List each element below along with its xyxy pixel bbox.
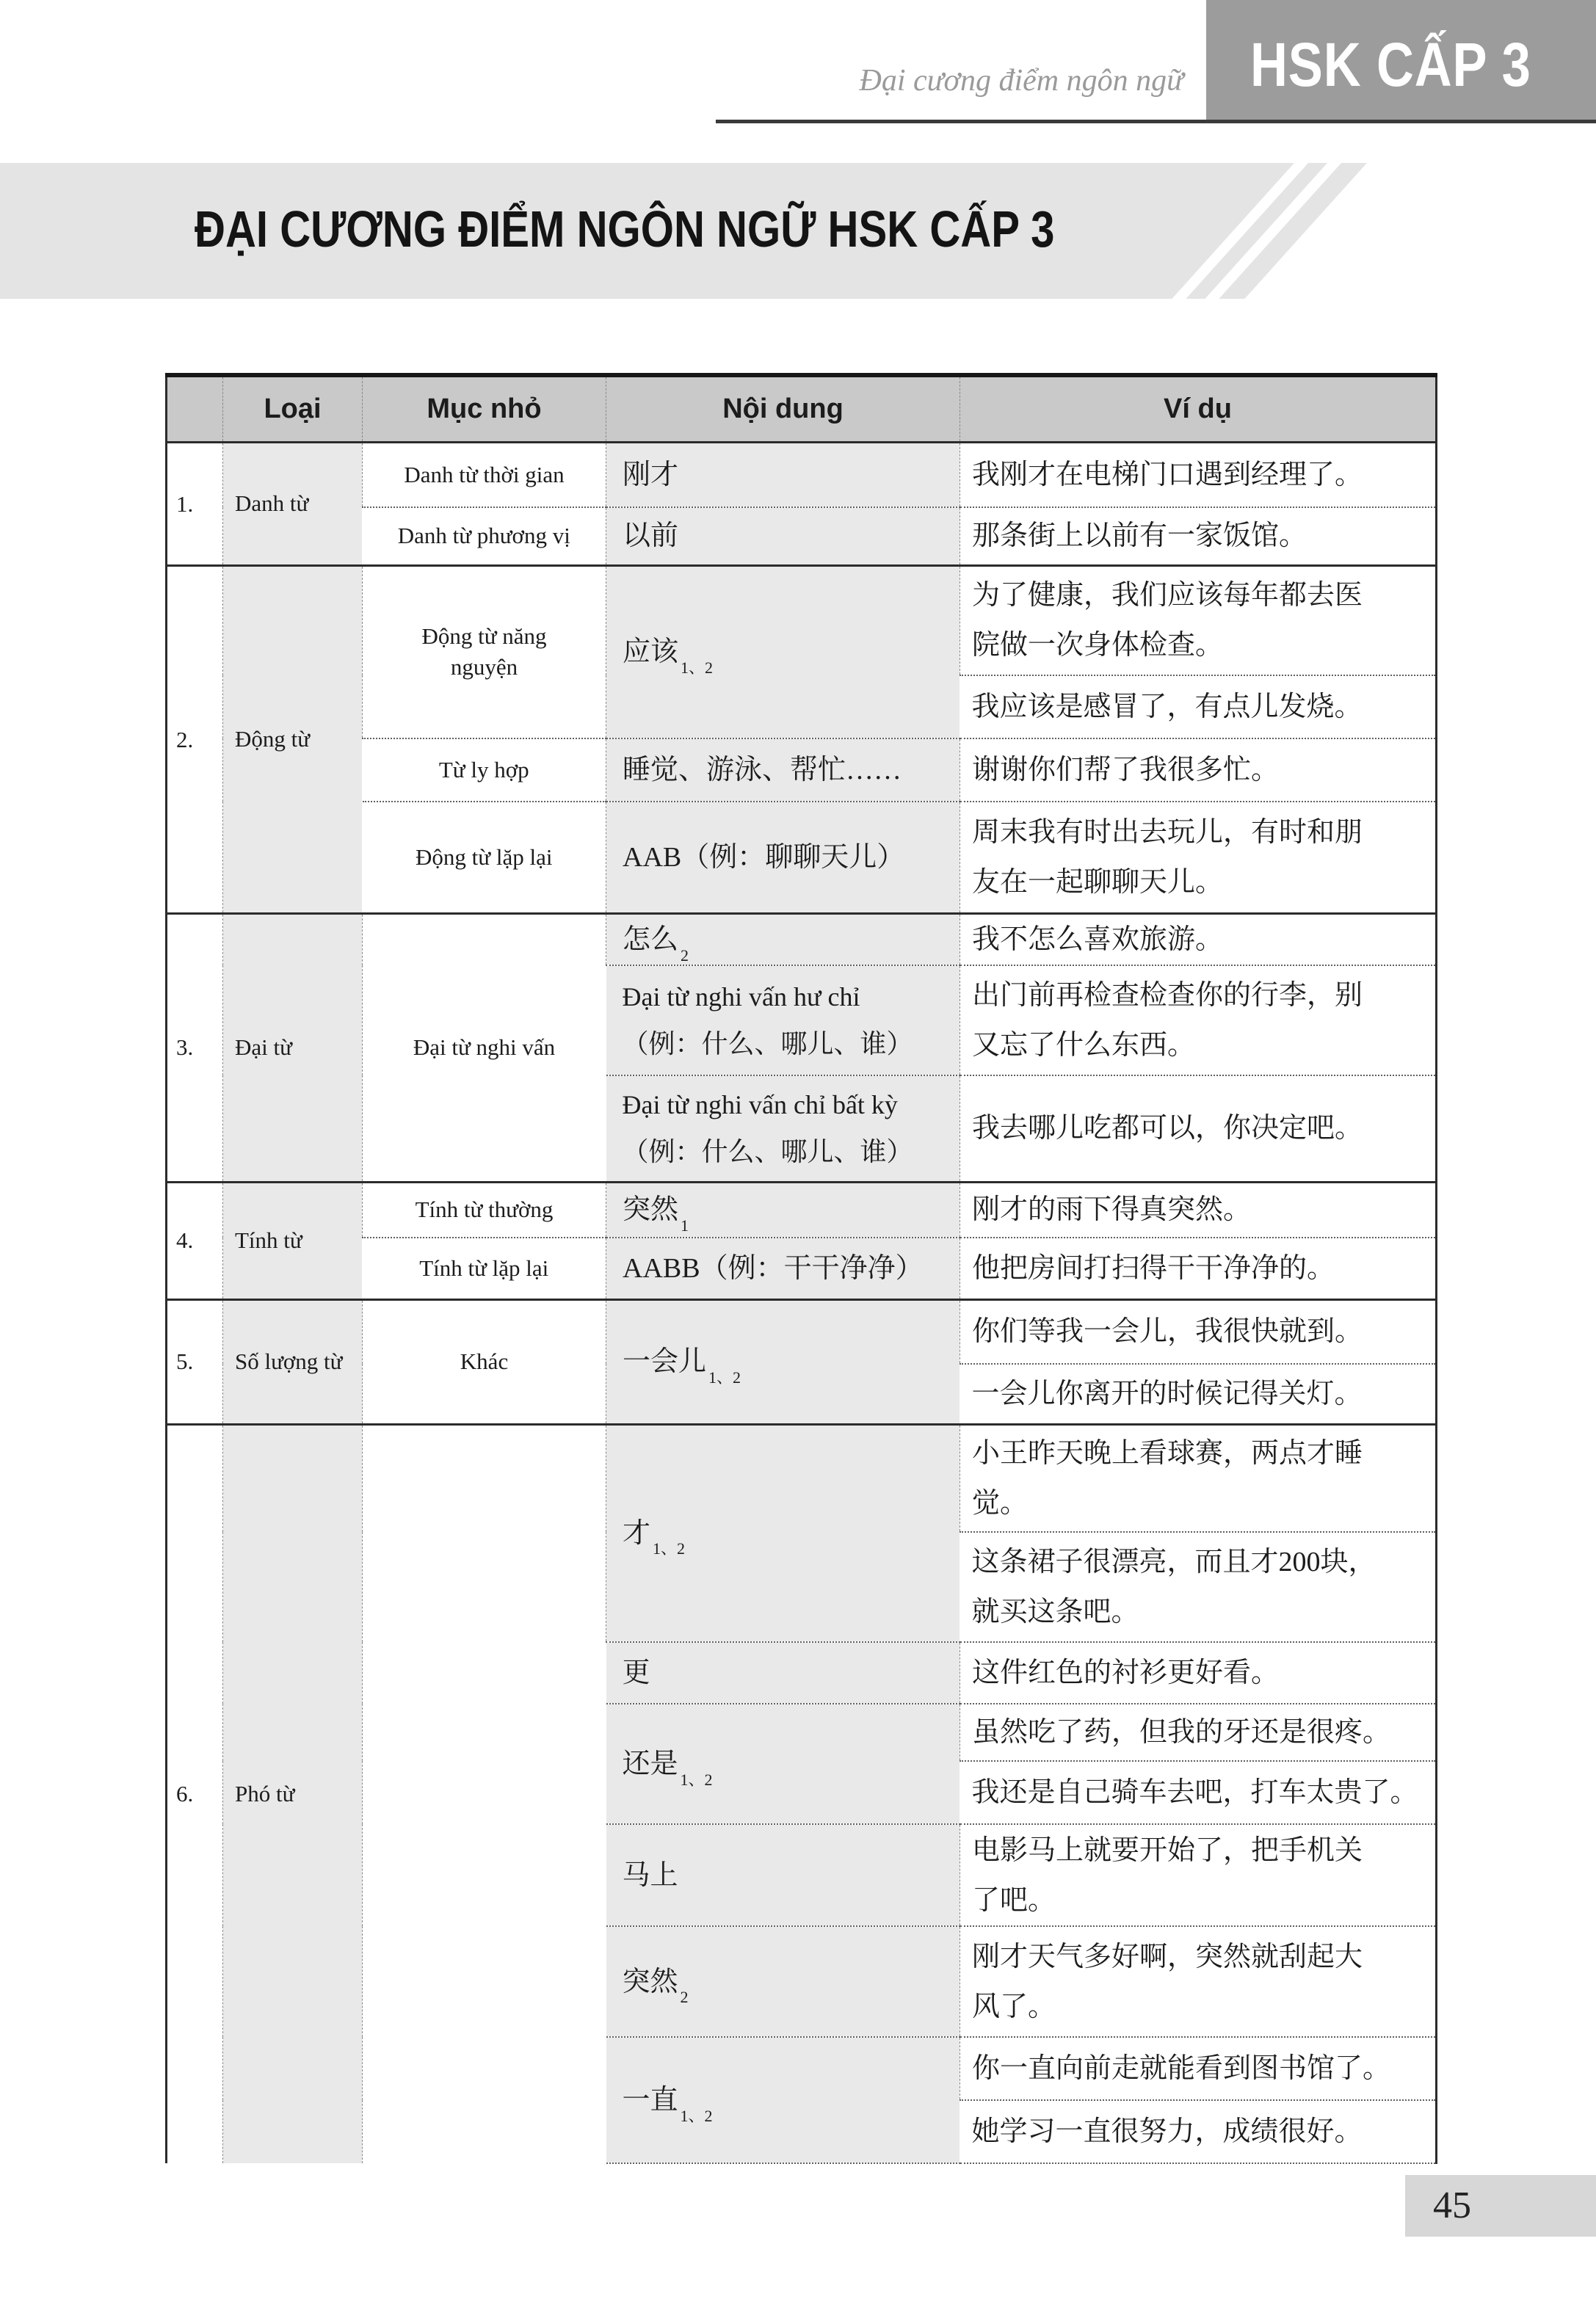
table-row: 4.Tính từTính từ thường突然1刚才的雨下得真突然。: [167, 1182, 1437, 1238]
cell-loai-r9: Tính từ: [223, 1182, 363, 1299]
cell-loai-r13: Phó từ: [223, 1424, 363, 2163]
subscript-note: 2: [681, 946, 689, 965]
cell-vd-r1: 那条街上以前有一家饭馆。: [960, 507, 1437, 566]
table-row: 1.Danh từDanh từ thời gian刚才我刚才在电梯门口遇到经理…: [167, 443, 1437, 507]
column-header-loai: Loại: [223, 375, 363, 443]
subscript-note: 1、2: [653, 1539, 685, 1558]
cell-mn-r9: Tính từ thường: [363, 1182, 606, 1238]
cell-vd-r19: 刚才天气多好啊，突然就刮起大 风了。: [960, 1926, 1437, 2037]
cell-vd-r12: 一会儿你离开的时候记得关灯。: [960, 1364, 1437, 1424]
subscript-note: 1、2: [708, 1368, 741, 1387]
subscript-note: 1、2: [681, 658, 713, 677]
level-badge-label: HSK CẤP 3: [1250, 29, 1531, 101]
cell-num-r0: 1.: [167, 443, 223, 566]
cell-vd-r2: 为了健康，我们应该每年都去医 院做一次身体检查。: [960, 566, 1437, 675]
cell-nd-r11: 一会儿1、2: [606, 1299, 960, 1424]
cell-nd-r7: Đại từ nghi vấn hư chỉ （例：什么、哪儿、谁）: [606, 965, 960, 1075]
cell-nd-r2: 应该1、2: [606, 566, 960, 738]
table-row: 3.Đại từĐại từ nghi vấn怎么2我不怎么喜欢旅游。: [167, 914, 1437, 966]
table-row: 6.Phó từ才1、2小王昨天晚上看球赛，两点才睡 觉。: [167, 1424, 1437, 1532]
cell-mn-r0: Danh từ thời gian: [363, 443, 606, 507]
cell-vd-r11: 你们等我一会儿，我很快就到。: [960, 1299, 1437, 1364]
cell-vd-r4: 谢谢你们帮了我很多忙。: [960, 738, 1437, 802]
page-title: ĐẠI CƯƠNG ĐIỂM NGÔN NGỮ HSK CẤP 3: [195, 200, 1054, 258]
column-header-num: [167, 375, 223, 443]
grammar-table-wrap: LoạiMục nhỏNội dungVí dụ 1.Danh từDanh t…: [165, 373, 1437, 2164]
page-number: 45: [1433, 2184, 1471, 2227]
cell-nd-r8: Đại từ nghi vấn chỉ bất kỳ （例：什么、哪儿、谁）: [606, 1075, 960, 1182]
cell-loai-r6: Đại từ: [223, 914, 363, 1183]
cell-nd-r15: 更: [606, 1642, 960, 1704]
cell-nd-r19: 突然2: [606, 1926, 960, 2037]
cell-mn-r13: [363, 1424, 606, 2163]
cell-vd-r7: 出门前再检查检查你的行李，别 又忘了什么东西。: [960, 965, 1437, 1075]
cell-num-r13: 6.: [167, 1424, 223, 2163]
cell-vd-r0: 我刚才在电梯门口遇到经理了。: [960, 443, 1437, 507]
cell-mn-r6: Đại từ nghi vấn: [363, 914, 606, 1183]
level-badge: HSK CẤP 3: [1206, 0, 1596, 120]
header-rule: [716, 120, 1596, 123]
grammar-table: LoạiMục nhỏNội dungVí dụ 1.Danh từDanh t…: [165, 373, 1437, 2164]
cell-mn-r4: Từ ly hợp: [363, 738, 606, 802]
cell-mn-r1: Danh từ phương vị: [363, 507, 606, 566]
column-header-vd: Ví dụ: [960, 375, 1437, 443]
subscript-note: 1: [681, 1216, 689, 1235]
cell-num-r9: 4.: [167, 1182, 223, 1299]
cell-mn-r2: Động từ năng nguyện: [363, 566, 606, 738]
cell-nd-r16: 还是1、2: [606, 1704, 960, 1824]
subscript-note: 1、2: [681, 1771, 713, 1789]
cell-vd-r3: 我应该是感冒了，有点儿发烧。: [960, 675, 1437, 738]
page-number-box: 45: [1405, 2175, 1596, 2237]
column-header-mn: Mục nhỏ: [363, 375, 606, 443]
cell-num-r2: 2.: [167, 566, 223, 914]
table-row: 2.Động từĐộng từ năng nguyện应该1、2为了健康，我们…: [167, 566, 1437, 675]
cell-nd-r1: 以前: [606, 507, 960, 566]
cell-num-r6: 3.: [167, 914, 223, 1183]
cell-vd-r15: 这件红色的衬衫更好看。: [960, 1642, 1437, 1704]
cell-vd-r8: 我去哪儿吃都可以，你决定吧。: [960, 1075, 1437, 1182]
title-banner: ĐẠI CƯƠNG ĐIỂM NGÔN NGỮ HSK CẤP 3: [0, 163, 1596, 299]
cell-loai-r11: Số lượng từ: [223, 1299, 363, 1424]
cell-vd-r9: 刚才的雨下得真突然。: [960, 1182, 1437, 1238]
cell-nd-r13: 才1、2: [606, 1424, 960, 1642]
cell-mn-r10: Tính từ lặp lại: [363, 1238, 606, 1299]
cell-vd-r6: 我不怎么喜欢旅游。: [960, 914, 1437, 966]
cell-vd-r18: 电影马上就要开始了，把手机关 了吧。: [960, 1824, 1437, 1926]
cell-vd-r17: 我还是自己骑车去吧，打车太贵了。: [960, 1761, 1437, 1824]
table-row: 5.Số lượng từKhác一会儿1、2你们等我一会儿，我很快就到。: [167, 1299, 1437, 1364]
cell-vd-r16: 虽然吃了药，但我的牙还是很疼。: [960, 1704, 1437, 1761]
cell-vd-r13: 小王昨天晚上看球赛，两点才睡 觉。: [960, 1424, 1437, 1532]
cell-loai-r0: Danh từ: [223, 443, 363, 566]
cell-num-r11: 5.: [167, 1299, 223, 1424]
column-header-nd: Nội dung: [606, 375, 960, 443]
cell-nd-r4: 睡觉、游泳、帮忙……: [606, 738, 960, 802]
cell-loai-r2: Động từ: [223, 566, 363, 914]
subscript-note: 1、2: [681, 2107, 713, 2125]
cell-mn-r11: Khác: [363, 1299, 606, 1424]
subscript-note: 2: [681, 1988, 689, 2006]
cell-nd-r20: 一直1、2: [606, 2037, 960, 2163]
cell-vd-r5: 周末我有时出去玩儿，有时和朋 友在一起聊聊天儿。: [960, 802, 1437, 914]
cell-vd-r14: 这条裙子很漂亮，而且才200块， 就买这条吧。: [960, 1532, 1437, 1642]
cell-nd-r0: 刚才: [606, 443, 960, 507]
cell-nd-r9: 突然1: [606, 1182, 960, 1238]
cell-nd-r6: 怎么2: [606, 914, 960, 966]
cell-vd-r21: 她学习一直很努力，成绩很好。: [960, 2100, 1437, 2163]
cell-nd-r10: AABB（例：干干净净）: [606, 1238, 960, 1299]
cell-nd-r5: AAB（例：聊聊天儿）: [606, 802, 960, 914]
cell-nd-r18: 马上: [606, 1824, 960, 1926]
grammar-table-header: LoạiMục nhỏNội dungVí dụ: [167, 375, 1437, 443]
cell-vd-r20: 你一直向前走就能看到图书馆了。: [960, 2037, 1437, 2100]
cell-mn-r5: Động từ lặp lại: [363, 802, 606, 914]
running-header-title: Đại cương điểm ngôn ngữ: [859, 63, 1183, 98]
cell-vd-r10: 他把房间打扫得干干净净的。: [960, 1238, 1437, 1299]
